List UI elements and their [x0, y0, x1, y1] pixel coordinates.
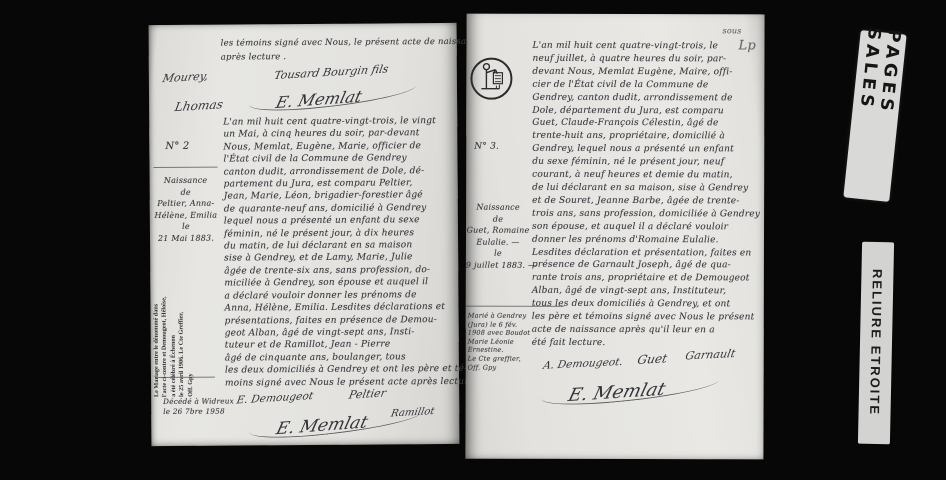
marriage-note-line: Off. Gpy: [468, 363, 530, 372]
margin-note-line: de: [466, 213, 530, 225]
manuscript-line: trois ans, sans profession, domiciliée à…: [532, 208, 760, 222]
signature-demougeot: A. Demougeot.: [542, 356, 624, 372]
manuscript-line: cier de l'État civil de la Commune de: [532, 79, 760, 93]
manuscript-line: Dole, département du Jura, est comparu: [532, 104, 760, 118]
manuscript-line: les deux domiciliés à Gendrey et ont les…: [225, 363, 453, 377]
signature-garnault: Garnault: [684, 347, 736, 362]
manuscript-line: présence de Garnault Joseph, âgé de qua-: [532, 259, 760, 273]
margin-note-line: Naissance: [466, 202, 530, 214]
manuscript-line: du sexe féminin, né le présent jour, neu…: [532, 156, 760, 170]
manuscript-line: les père et témoins signé avec Nous le p…: [532, 311, 760, 325]
manuscript-line: rante trois ans, propriétaire et de Demo…: [532, 272, 760, 286]
manuscript-line: canton dudit, arrondissement de Dole, dé…: [224, 165, 452, 179]
marriage-note-line: Ernestine.: [468, 346, 530, 355]
margin-note-line: le: [466, 248, 530, 260]
manuscript-line: les témoins signé avec Nous, le présent …: [221, 35, 453, 51]
fiscal-stamp-icon: [468, 56, 514, 102]
manuscript-line: devant Nous, Memlat Eugène, Maire, offi-: [532, 66, 760, 80]
label-pages-sales-text: PAGES SALES: [846, 26, 904, 206]
manuscript-line: miciliée à Gendrey, son épouse et auquel…: [224, 276, 452, 290]
margin-note-line: Guet, Romaine: [466, 225, 530, 237]
marriage-note-line: Marié à Gendrey: [468, 312, 530, 321]
birth-act-text: L'an mil huit cent quatre-vingt-trois, l…: [532, 40, 761, 350]
death-note-line: Décédé à Widreux: [163, 396, 234, 406]
signature-guet: Guet: [636, 351, 668, 366]
marriage-note-line: 1908 avec Boudot: [468, 329, 530, 338]
signature-bourgin: Tousard Bourgin fils: [273, 62, 390, 82]
margin-note-line: Eulalie. —: [466, 236, 530, 248]
manuscript-line: Lesdites déclaration et présentation, fa…: [532, 246, 760, 260]
manuscript-line: trente-huit ans, propriétaire, domicilié…: [532, 130, 760, 144]
manuscript-line: Gendrey, canton dudit, arrondissement de: [532, 91, 760, 105]
manuscript-line: de lui déclarant en sa maison, sise à Ge…: [532, 182, 760, 196]
margin-birth-note: NaissancedeGuet, RomaineEulalie. —le9 ju…: [466, 202, 530, 271]
birth-act-text: L'an mil huit cent quatre-vingt-trois, l…: [223, 115, 453, 390]
marriage-note-line: Le Cte greffier,: [468, 355, 530, 364]
signature-lhomas: Lhomas: [174, 97, 225, 114]
act-number: N° 2: [165, 141, 189, 152]
manuscript-line: Gendrey, lequel nous a présenté un enfan…: [532, 143, 760, 157]
manuscript-line: Guet, Claude-François Célestin, âgé de: [532, 117, 760, 131]
right-page: sous Lp N° 3. NaissancedeGuet, RomaineEu…: [465, 14, 764, 460]
label-reliure-etroite: RELIURE ETROITE: [858, 242, 894, 445]
manuscript-line: Nous, Memlat, Eugène, Marie, officier de: [223, 140, 451, 154]
label-reliure-etroite-text: RELIURE ETROITE: [867, 269, 885, 416]
signature-maire-bottom: E. Memlat: [274, 412, 370, 439]
signature-peltier: Peltier: [348, 386, 388, 401]
margin-note-line: de: [150, 186, 222, 198]
manuscript-line: courant, à neuf heures et demie du matin…: [532, 169, 760, 183]
signature-maire-bottom: E. Memlat: [566, 379, 668, 406]
manuscript-line: présentations, faites en présence de Dem…: [225, 313, 453, 327]
manuscript-line: acte de naissance après qu'il leur en a: [532, 324, 760, 338]
death-note-line: le 26 7bre 1958: [163, 406, 234, 416]
label-pages-sales: PAGES SALES: [843, 30, 906, 202]
margin-note-line: Naissance: [150, 175, 222, 187]
manuscript-line: lequel nous a présenté un enfant du sexe: [224, 214, 452, 228]
manuscript-line: tous les deux domiciliés à Gendrey, et o…: [532, 298, 760, 312]
register-scan: les témoins signé avec Nous, le présent …: [0, 0, 946, 480]
pencil-note: sous: [723, 26, 742, 35]
margin-note-line: le: [150, 221, 222, 233]
left-page: les témoins signé avec Nous, le présent …: [149, 23, 460, 446]
signature-mourey: Mourey,: [161, 69, 209, 85]
margin-note-line: Peltier, Anna-: [150, 198, 222, 210]
manuscript-line: Alban, âgé de vingt-sept ans, Instituteu…: [532, 285, 760, 299]
margin-note-line: Hélène, Emilia: [150, 209, 222, 221]
death-mention-note: Décédé à Widreuxle 26 7bre 1958: [163, 396, 234, 415]
margin-birth-note: NaissancedePeltier, Anna-Hélène, Emilial…: [150, 175, 222, 245]
margin-note-line: 9 juillet 1883. —: [466, 259, 530, 271]
manuscript-line: moins signé avec Nous le présent acte ap…: [225, 375, 453, 389]
manuscript-line: donner les prénoms d'Romaine Eulalie.: [532, 233, 760, 247]
signature-maire-top: E. Memlat: [274, 87, 364, 112]
manuscript-line: Anna, Hélène, Emilia. Lesdites déclarati…: [224, 301, 452, 315]
act-number: N° 3.: [474, 142, 499, 152]
manuscript-line: après lecture .: [221, 49, 453, 65]
manuscript-line: L'an mil huit cent quatre-vingt-trois, l…: [532, 40, 760, 54]
manuscript-line: son épouse, et auquel il a déclaré voulo…: [532, 220, 760, 234]
manuscript-line: neuf juillet, à quatre heures du soir, p…: [532, 53, 760, 67]
manuscript-line: et de Souret, Jeanne Barbe, âgée de tren…: [532, 195, 760, 209]
margin-marriage-note: Marié à Gendrey(Jura) le 6 fév.1908 avec…: [468, 312, 530, 372]
margin-note-line: 21 Mai 1883.: [150, 232, 222, 244]
signature-demougeot: E. Demougeot: [236, 390, 315, 406]
previous-act-ending: les témoins signé avec Nous, le présent …: [221, 35, 453, 65]
margin-divider: [154, 167, 218, 168]
